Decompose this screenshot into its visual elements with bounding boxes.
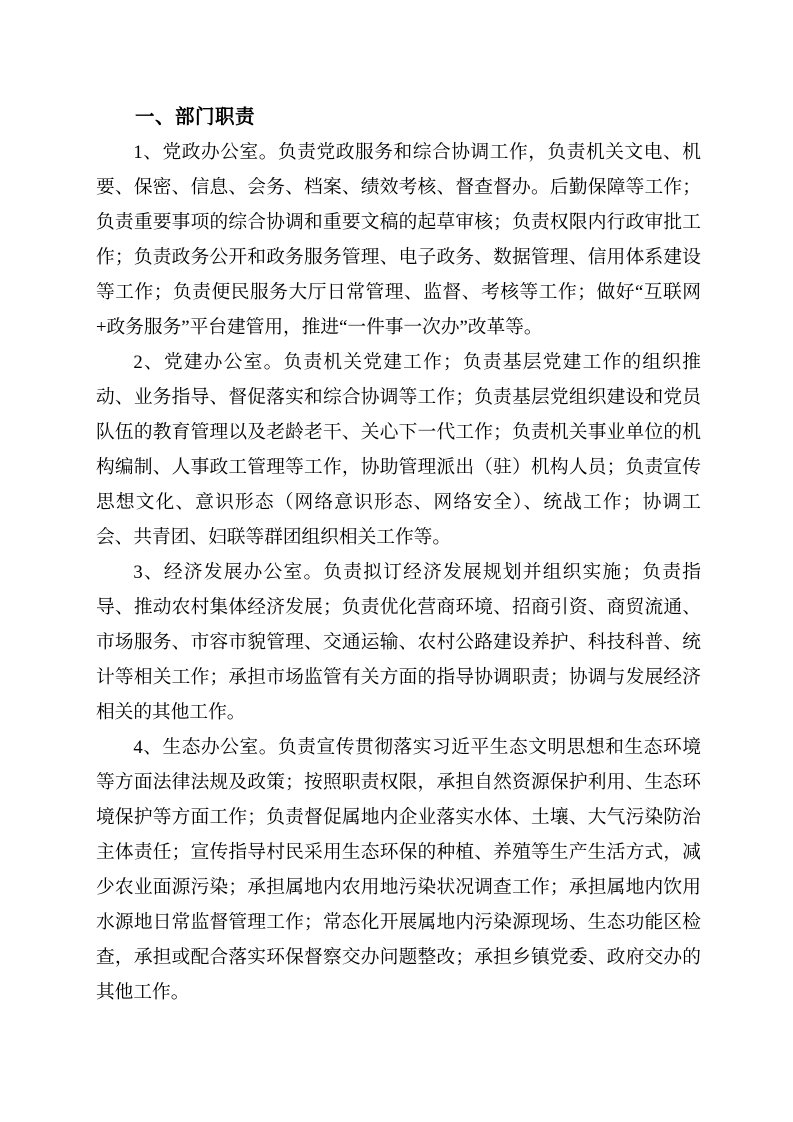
document-body: 1、党政办公室。负责党政服务和综合协调工作，负责机关文电、机要、保密、信息、会务… xyxy=(96,135,701,1010)
paragraph-ecology-office: 4、生态办公室。负责宣传贯彻落实习近平生态文明思想和生态环境等方面法律法规及政策… xyxy=(96,730,701,1010)
paragraph-dangjian-office: 2、党建办公室。负责机关党建工作；负责基层党建工作的组织推动、业务指导、督促落实… xyxy=(96,345,701,555)
section-title: 一、部门职责 xyxy=(96,100,701,135)
document-page: 一、部门职责 1、党政办公室。负责党政服务和综合协调工作，负责机关文电、机要、保… xyxy=(0,0,793,1122)
paragraph-dangzheng-office: 1、党政办公室。负责党政服务和综合协调工作，负责机关文电、机要、保密、信息、会务… xyxy=(96,135,701,345)
paragraph-economic-development-office: 3、经济发展办公室。负责拟订经济发展规划并组织实施；负责指导、推动农村集体经济发… xyxy=(96,555,701,730)
